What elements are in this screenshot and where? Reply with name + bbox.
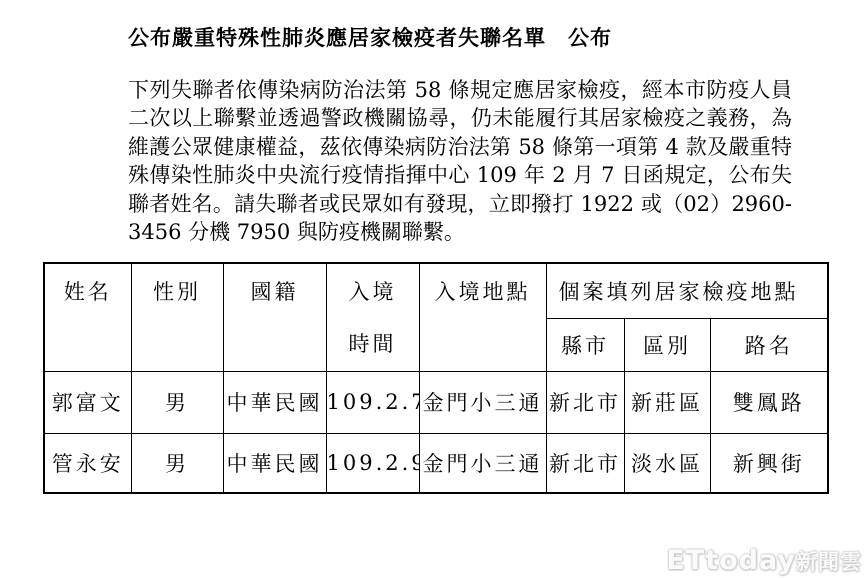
cell-district: 新莊區 bbox=[624, 371, 710, 433]
col-header-nationality: 國籍 bbox=[223, 263, 326, 371]
ettoday-watermark: ETtoday新聞雲 bbox=[666, 545, 862, 576]
col-header-entry-time-label: 入境時間 bbox=[338, 266, 408, 370]
cell-name: 郭富文 bbox=[44, 371, 131, 433]
table-row: 郭富文 男 中華民國 109.2.7 金門小三通 新北市 新莊區 雙鳳路 bbox=[44, 371, 828, 433]
cell-entry-place: 金門小三通 bbox=[419, 371, 546, 433]
announcement-paragraph: 下列失聯者依傳染病防治法第 58 條規定應居家檢疫，經本市防疫人員二次以上聯繫並… bbox=[128, 76, 792, 246]
cell-county: 新北市 bbox=[546, 433, 624, 493]
cell-name: 管永安 bbox=[44, 433, 131, 493]
cell-district: 淡水區 bbox=[624, 433, 710, 493]
cell-gender: 男 bbox=[131, 433, 223, 493]
col-header-gender: 性別 bbox=[131, 263, 223, 371]
col-header-entry-time: 入境時間 bbox=[326, 263, 419, 371]
sub-header-road: 路名 bbox=[710, 318, 828, 371]
table-row: 管永安 男 中華民國 109.2.9 金門小三通 新北市 淡水區 新興街 bbox=[44, 433, 828, 493]
cell-county: 新北市 bbox=[546, 371, 624, 433]
sub-header-district: 區別 bbox=[624, 318, 710, 371]
group-header-quarantine-address: 個案填列居家檢疫地點 bbox=[546, 263, 828, 318]
table-header-row-1: 姓名 性別 國籍 入境時間 入境地點 個案填列居家檢疫地點 bbox=[44, 263, 828, 318]
cell-entry-time: 109.2.9 bbox=[326, 433, 419, 493]
cell-nationality: 中華民國 bbox=[223, 371, 326, 433]
col-header-name: 姓名 bbox=[44, 263, 131, 371]
sub-header-county: 縣市 bbox=[546, 318, 624, 371]
col-header-entry-place: 入境地點 bbox=[419, 263, 546, 371]
watermark-suffix-text: 新聞雲 bbox=[796, 550, 862, 574]
page-title: 公布嚴重特殊性肺炎應居家檢疫者失聯名單 公布 bbox=[128, 22, 612, 52]
cell-nationality: 中華民國 bbox=[223, 433, 326, 493]
watermark-brand-text: ETtoday bbox=[666, 545, 796, 576]
cell-entry-place: 金門小三通 bbox=[419, 433, 546, 493]
cell-road: 新興街 bbox=[710, 433, 828, 493]
cell-gender: 男 bbox=[131, 371, 223, 433]
cell-entry-time: 109.2.7 bbox=[326, 371, 419, 433]
cell-road: 雙鳳路 bbox=[710, 371, 828, 433]
missing-persons-table: 姓名 性別 國籍 入境時間 入境地點 個案填列居家檢疫地點 縣市 區別 路名 郭… bbox=[43, 262, 829, 494]
